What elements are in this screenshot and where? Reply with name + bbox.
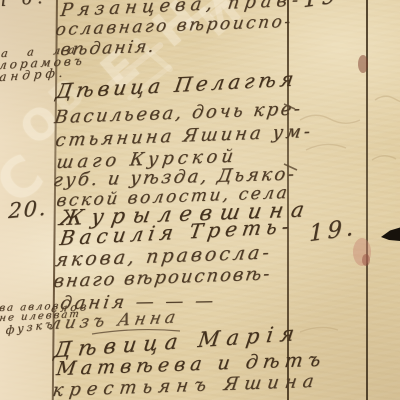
manuscript-page: С О В Е Н И і б. 20. 19. 19 Рязанцева, п… bbox=[0, 0, 400, 400]
column-rule-right bbox=[366, 0, 368, 400]
row-number-19: 19. bbox=[309, 214, 357, 247]
clipped-row-number-19: 19 bbox=[303, 0, 340, 13]
clipped-number-fragment: і б. bbox=[0, 0, 48, 11]
handwriting-line: Дѣвица Пелагѣя bbox=[54, 66, 299, 103]
black-ink-mark bbox=[381, 228, 400, 242]
pink-blot bbox=[353, 238, 371, 266]
entry-number-20: 20. bbox=[8, 196, 49, 224]
